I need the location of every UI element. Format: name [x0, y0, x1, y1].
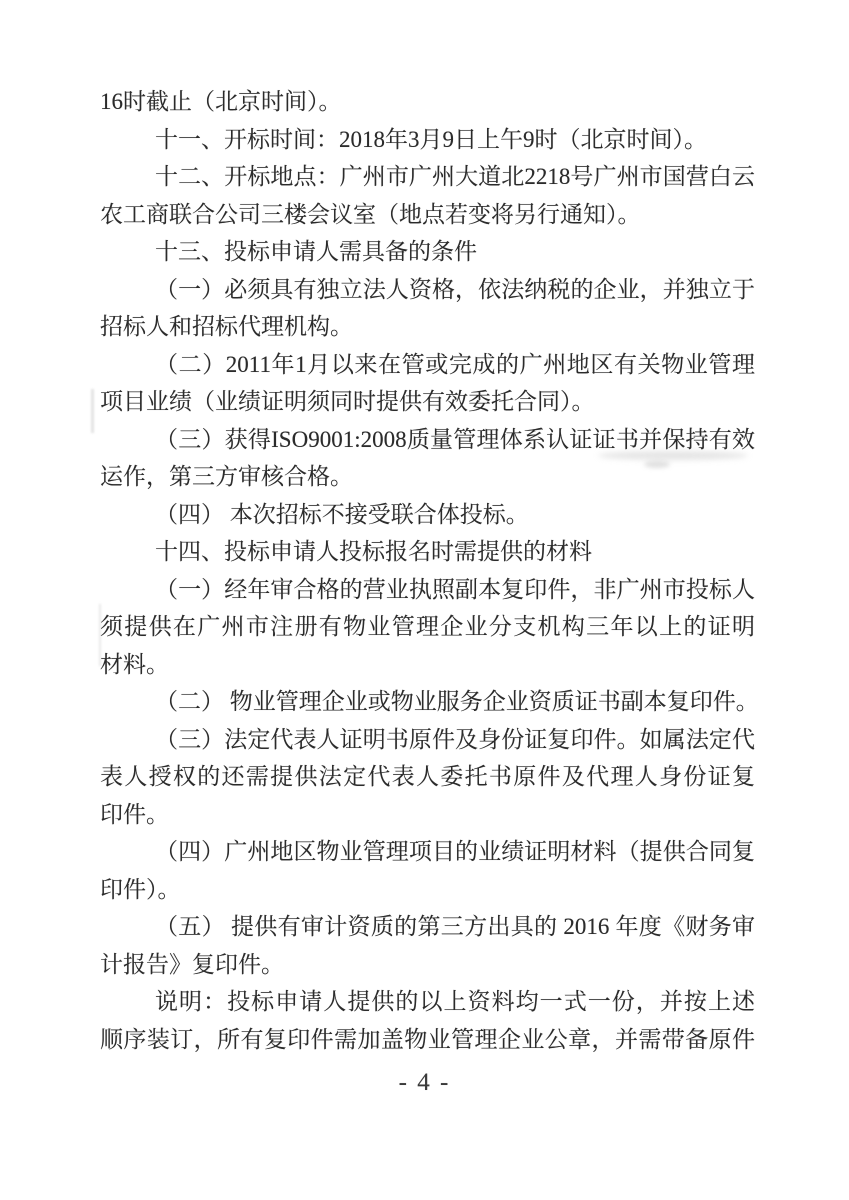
- text-line: 印件）。: [100, 871, 755, 909]
- text-line: 农工商联合公司三楼会议室（地点若变将另行通知）。: [100, 196, 755, 234]
- text-line: （五） 提供有审计资质的第三方出具的 2016 年度《财务审: [100, 908, 755, 946]
- text-line: （四） 本次招标不接受联合体投标。: [100, 496, 755, 534]
- text-line: 印件。: [100, 796, 755, 834]
- text-line: （三）获得ISO9001:2008质量管理体系认证证书并保持有效: [100, 421, 755, 459]
- text-line: 16时截止（北京时间）。: [100, 83, 755, 121]
- text-line: （二）2011年1月以来在管或完成的广州地区有关物业管理: [100, 346, 755, 384]
- text-line: （二） 物业管理企业或物业服务企业资质证书副本复印件。: [100, 683, 755, 721]
- text-line: （三）法定代表人证明书原件及身份证复印件。如属法定代: [100, 721, 755, 759]
- scan-streak: [91, 389, 94, 433]
- text-line: 计报告》复印件。: [100, 946, 755, 984]
- page-number: - 4 -: [0, 1069, 849, 1097]
- text-line: 顺序装订，所有复印件需加盖物业管理企业公章，并需带备原件: [100, 1021, 755, 1059]
- text-line: 须提供在广州市注册有物业管理企业分支机构三年以上的证明: [100, 608, 755, 646]
- text-line: （一）必须具有独立法人资格，依法纳税的企业，并独立于: [100, 271, 755, 309]
- document-page: 16时截止（北京时间）。十一、开标时间：2018年3月9日上午9时（北京时间）。…: [0, 0, 849, 1200]
- text-line: （四）广州地区物业管理项目的业绩证明材料（提供合同复: [100, 833, 755, 871]
- text-line: 招标人和招标代理机构。: [100, 308, 755, 346]
- text-line: 运作，第三方审核合格。: [100, 458, 755, 496]
- text-line: 项目业绩（业绩证明须同时提供有效委托合同）。: [100, 383, 755, 421]
- text-line: 说明：投标申请人提供的以上资料均一式一份，并按上述: [100, 983, 755, 1021]
- text-line: 材料。: [100, 646, 755, 684]
- text-line: 十四、投标申请人投标报名时需提供的材料: [100, 533, 755, 571]
- text-line: 表人授权的还需提供法定代表人委托书原件及代理人身份证复: [100, 758, 755, 796]
- text-line: 十一、开标时间：2018年3月9日上午9时（北京时间）。: [100, 121, 755, 159]
- document-body: 16时截止（北京时间）。十一、开标时间：2018年3月9日上午9时（北京时间）。…: [100, 83, 755, 1058]
- text-line: （一）经年审合格的营业执照副本复印件，非广州市投标人: [100, 571, 755, 609]
- text-line: 十二、开标地点：广州市广州大道北2218号广州市国营白云: [100, 158, 755, 196]
- text-line: 十三、投标申请人需具备的条件: [100, 233, 755, 271]
